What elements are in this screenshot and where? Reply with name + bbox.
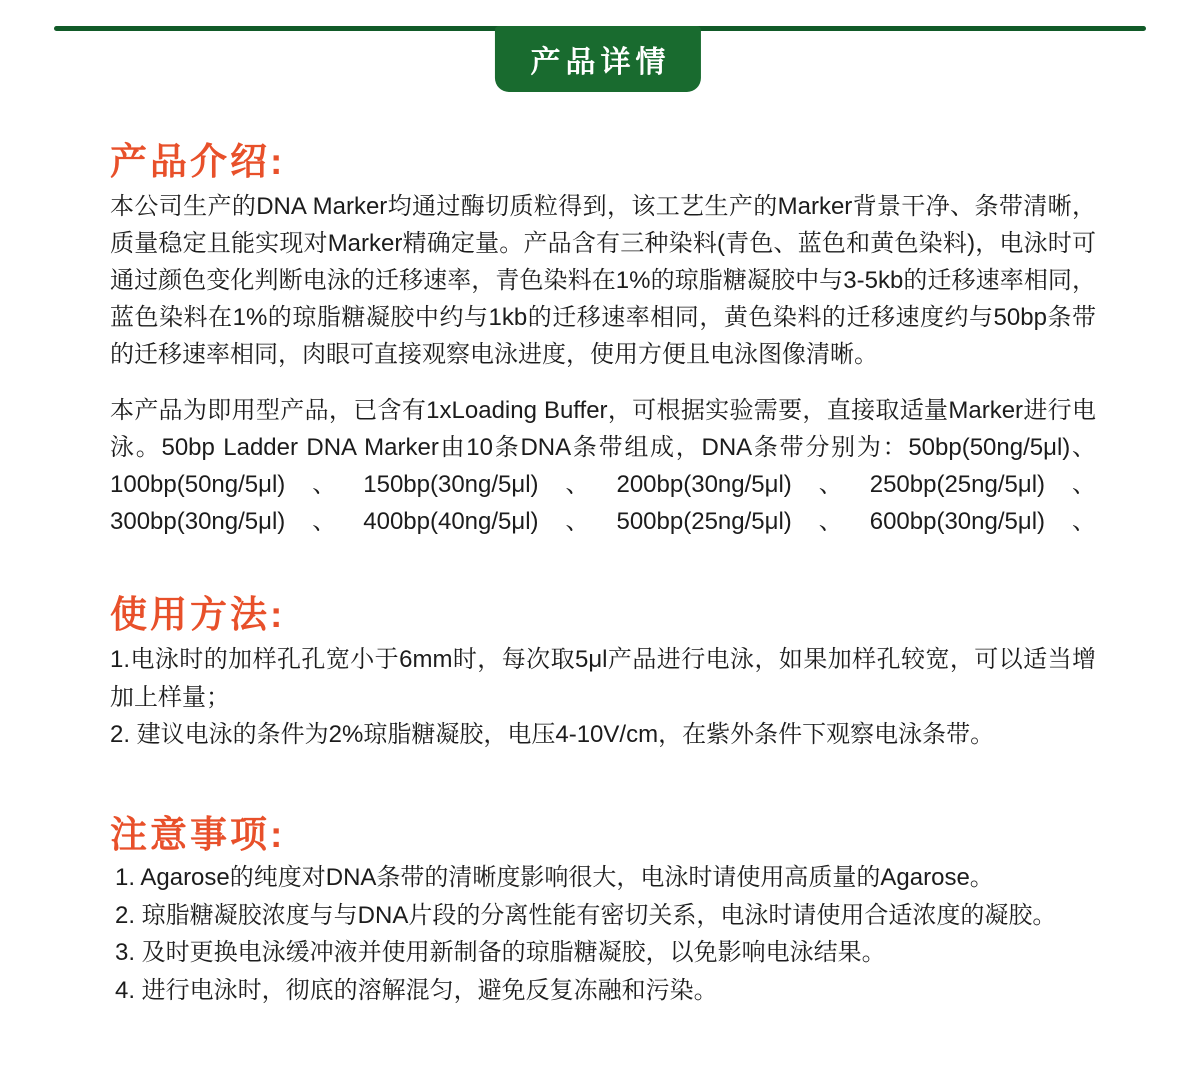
- note-item: 4. 进行电泳时，彻底的溶解混匀，避免反复冻融和污染。: [110, 972, 1096, 1010]
- usage-item: 2. 建议电泳的条件为2%琼脂糖凝胶，电压4-10V/cm，在紫外条件下观察电泳…: [110, 716, 1096, 754]
- section-heading-notes: 注意事项:: [110, 804, 285, 858]
- note-item: 3. 及时更换电泳缓冲液并使用新制备的琼脂糖凝胶，以免影响电泳结果。: [110, 934, 1096, 972]
- note-item: 1. Agarose的纯度对DNA条带的清晰度影响很大，电泳时请使用高质量的Ag…: [110, 859, 1096, 897]
- page-header-tab: 产品详情: [495, 26, 701, 92]
- page-title: 产品详情: [525, 37, 670, 81]
- section-heading-product-intro: 产品介绍:: [110, 131, 285, 185]
- note-item: 2. 琼脂糖凝胶浓度与与DNA片段的分离性能有密切关系，电泳时请使用合适浓度的凝…: [110, 897, 1096, 935]
- product-detail-page: 产品详情 产品介绍: 本公司生产的DNA Marker均通过酶切质粒得到，该工艺…: [0, 0, 1200, 1068]
- usage-list: 1.电泳时的加样孔孔宽小于6mm时，每次取5μl产品进行电泳，如果加样孔较宽，可…: [110, 641, 1096, 754]
- section-heading-usage: 使用方法:: [110, 584, 285, 638]
- intro-paragraph-2: 本产品为即用型产品，已含有1xLoading Buffer，可根据实验需要，直接…: [110, 392, 1096, 540]
- intro-paragraph-1: 本公司生产的DNA Marker均通过酶切质粒得到，该工艺生产的Marker背景…: [110, 188, 1096, 373]
- notes-list: 1. Agarose的纯度对DNA条带的清晰度影响很大，电泳时请使用高质量的Ag…: [110, 859, 1096, 1009]
- usage-item: 1.电泳时的加样孔孔宽小于6mm时，每次取5μl产品进行电泳，如果加样孔较宽，可…: [110, 641, 1096, 716]
